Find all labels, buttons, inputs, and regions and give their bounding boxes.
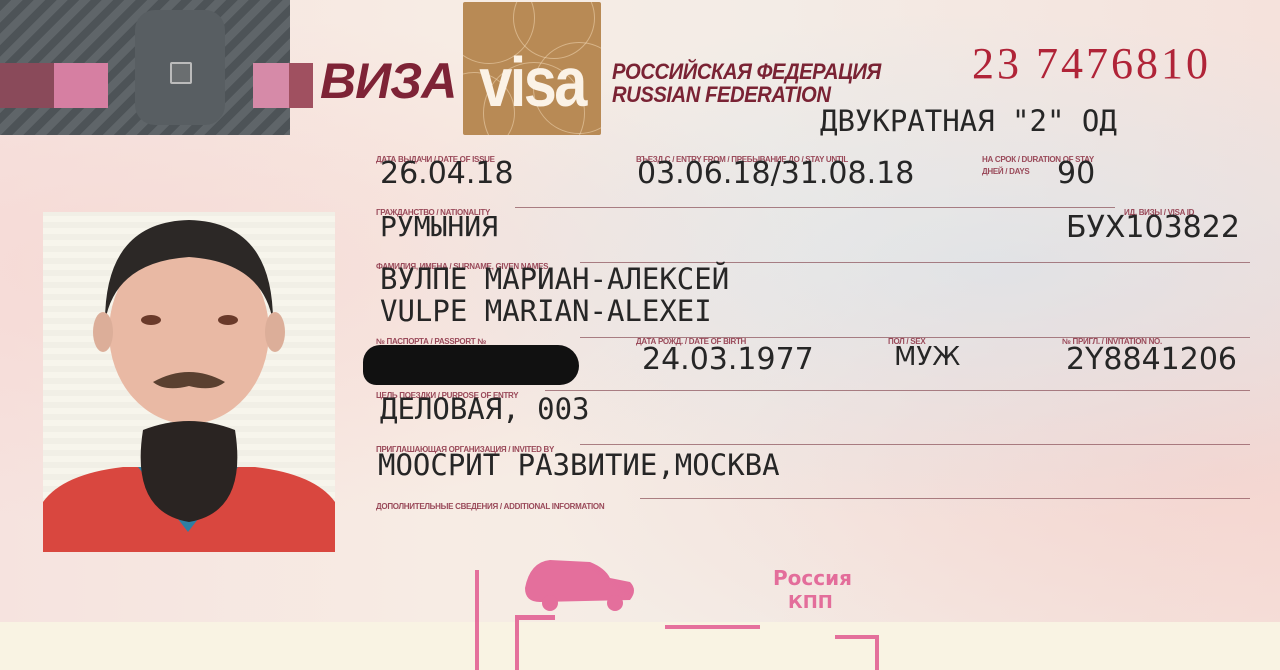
security-pink-band-right: [253, 63, 313, 108]
rule: [515, 207, 1115, 208]
passport-number-redaction: [363, 345, 579, 385]
value-duration: 90: [1057, 156, 1095, 191]
value-visa-id: БУХ103822: [1066, 210, 1240, 245]
issuer-name-en: RUSSIAN FEDERATION: [612, 83, 881, 106]
label-additional-info: Дополнительные сведения / Additional inf…: [376, 502, 604, 511]
holder-photo: [43, 212, 335, 552]
rule: [640, 498, 1250, 499]
visa-logo-text: visa: [473, 42, 590, 122]
title-viza: ВИЗА: [320, 52, 456, 110]
visa-logo: visa: [463, 2, 601, 135]
entries-type: ДВУКРАТНАЯ "2" ОД: [820, 104, 1117, 138]
value-name-en: VULPE MARIAN-ALEXEI: [380, 294, 712, 328]
issuer-name: РОССИЙСКАЯ ФЕДЕРАЦИЯ RUSSIAN FEDERATION: [612, 60, 881, 106]
issuer-name-ru: РОССИЙСКАЯ ФЕДЕРАЦИЯ: [612, 60, 881, 83]
value-entry-stay: 03.06.18/31.08.18: [637, 156, 914, 191]
value-sex: МУЖ: [894, 342, 960, 372]
hologram-mark-icon: [170, 62, 192, 84]
rule: [580, 444, 1250, 445]
border-stamp: Россия КПП: [470, 540, 890, 670]
value-date-of-issue: 26.04.18: [380, 156, 514, 191]
rule: [545, 390, 1250, 391]
stamp-text-line1: Россия: [773, 566, 852, 590]
value-invitation-no: 2Y8841206: [1066, 342, 1237, 377]
value-date-of-birth: 24.03.1977: [642, 342, 814, 377]
value-purpose: ДЕЛОВАЯ, 003: [380, 392, 590, 426]
value-nationality: РУМЫНИЯ: [380, 210, 498, 243]
label-duration-days: Дней / Days: [982, 167, 1029, 176]
value-invited-by: МООСРИТ РАЗВИТИЕ,МОСКВА: [378, 448, 780, 482]
security-pink-band-left: [0, 63, 108, 108]
stamp-text-line2: КПП: [788, 592, 833, 613]
value-name-ru: ВУЛПЕ МАРИАН-АЛЕКСЕЙ: [380, 262, 729, 296]
visa-number: 23 7476810: [972, 38, 1211, 89]
portrait-icon: [43, 212, 335, 552]
